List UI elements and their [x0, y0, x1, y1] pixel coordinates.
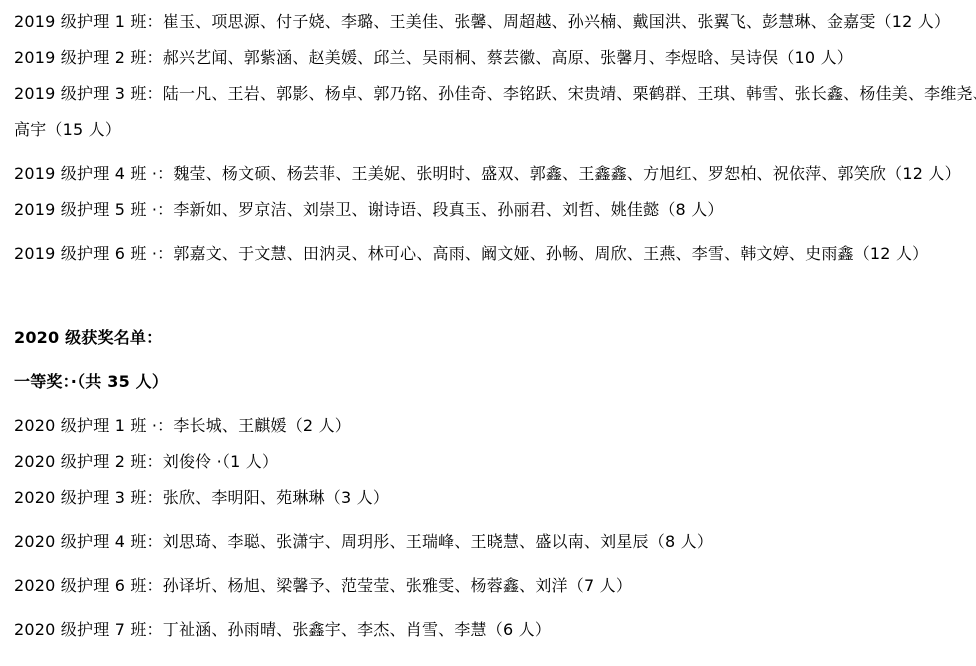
class-list-line-2020-3: 2020 级护理 3 班：张欣、李明阳、苑琳琳（3 人）	[14, 480, 948, 516]
class-list-line-2019-3: 2019 级护理 3 班：陆一凡、王岩、郭影、杨卓、郭乃铭、孙佳奇、李铭跃、宋贵…	[14, 76, 948, 112]
class-list-line-2020-1: 2020 级护理 1 班 ·：李长城、王麒媛（2 人）	[14, 408, 948, 444]
document-page: 2019 级护理 1 班：崔玉、项思源、付子娆、李璐、王美佳、张馨、周超越、孙兴…	[0, 0, 976, 666]
class-list-line-2020-2: 2020 级护理 2 班：刘俊伶 ·（1 人）	[14, 444, 948, 480]
class-list-line-2019-4: 2019 级护理 4 班 ·：魏莹、杨文硕、杨芸菲、王美妮、张明时、盛双、郭鑫、…	[14, 156, 948, 192]
class-list-line-2020-4: 2020 级护理 4 班：刘思琦、李聪、张潇宇、周玥彤、王瑞峰、王晓慧、盛以南、…	[14, 524, 948, 560]
class-list-line-2019-5: 2019 级护理 5 班 ·：李新如、罗京洁、刘崇卫、谢诗语、段真玉、孙丽君、刘…	[14, 192, 948, 228]
class-list-line-2019-3-wrap: 高宇（15 人）	[14, 112, 948, 148]
class-list-line-2019-6: 2019 级护理 6 班 ·：郭嘉文、于文慧、田汭灵、林可心、高雨、阚文娅、孙畅…	[14, 236, 948, 272]
class-list-line-2019-2: 2019 级护理 2 班：郝兴艺闻、郭紫涵、赵美媛、邱兰、吴雨桐、蔡芸徽、高原、…	[14, 40, 948, 76]
section-heading-2020-awards: 2020 级获奖名单：	[14, 320, 948, 356]
class-list-line-2020-7: 2020 级护理 7 班：丁祉涵、孙雨晴、张鑫宇、李杰、肖雪、李慧（6 人）	[14, 612, 948, 648]
class-list-line-2019-1: 2019 级护理 1 班：崔玉、项思源、付子娆、李璐、王美佳、张馨、周超越、孙兴…	[14, 4, 948, 40]
first-prize-heading: 一等奖：·（共 35 人）	[14, 364, 948, 400]
class-list-line-2020-6: 2020 级护理 6 班：孙译圻、杨旭、梁馨予、范莹莹、张雅雯、杨蓉鑫、刘洋（7…	[14, 568, 948, 604]
